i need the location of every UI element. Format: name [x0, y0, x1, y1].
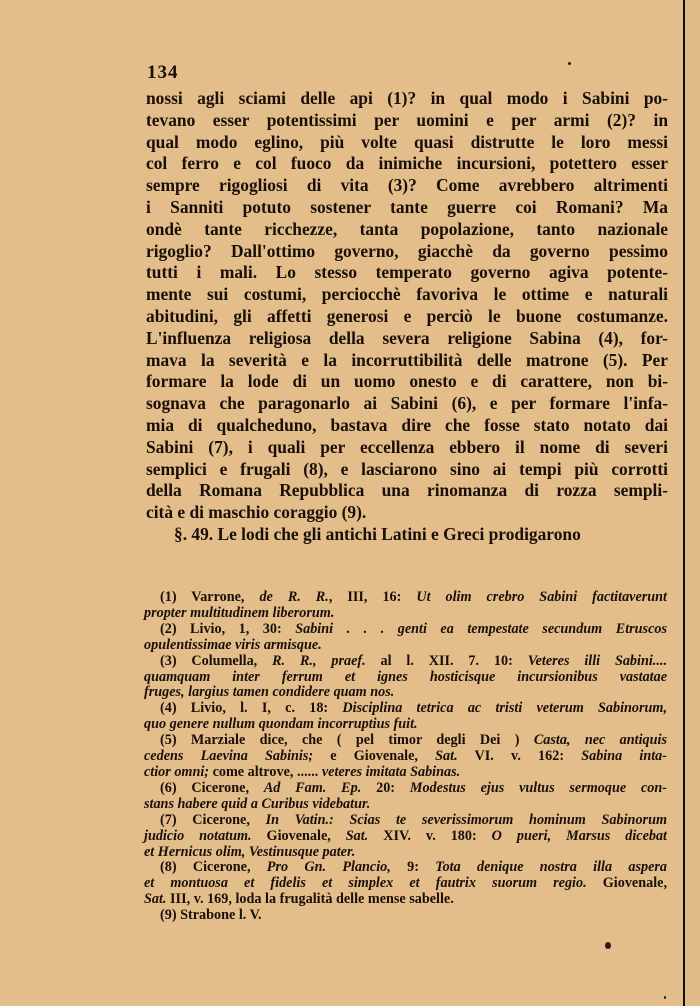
body-line: mia di qualcheduno, bastava dire che fos… [146, 415, 668, 437]
body-line: cità e di maschio coraggio (9). [146, 502, 668, 524]
body-line: semplici e frugali (8), e lasciarono sin… [146, 459, 668, 481]
footnote-6-line: stans habere quid a Curibus videbatur. [144, 797, 667, 813]
ink-speck [664, 996, 666, 999]
body-line: tevano esser potentissimi per uomini e p… [146, 110, 668, 132]
footnote-3-line: quamquam inter ferrum et ignes hosticisq… [144, 670, 667, 686]
page-number: 134 [147, 62, 179, 84]
footnote-5-line: cedens Laevina Sabinis; e Giovenale, Sat… [144, 749, 667, 765]
body-text: nossi agli sciami delle api (1)? in qual… [146, 88, 668, 546]
body-line: tutti i mali. Lo stesso temperato govern… [146, 262, 668, 284]
ink-speck [568, 62, 571, 65]
body-line: abitudini, gli affetti generosi e perciò… [146, 306, 668, 328]
footnote-7-line: judicio notatum. Giovenale, Sat. XIV. v.… [144, 829, 667, 845]
body-line: i Sanniti potuto sostener tante guerre c… [146, 197, 668, 219]
body-line: col ferro e col fuoco da inimiche incurs… [146, 153, 668, 175]
footnote-5-line: ctior omni; come altrove, ...... veteres… [144, 765, 667, 781]
body-line: mente sui costumi, perciocchè favoriva l… [146, 284, 668, 306]
footnote-5-line: (5) Marziale dice, che ( pel timor degli… [144, 733, 667, 749]
footnote-1-line: (1) Varrone, de R. R., III, 16: Ut olim … [144, 590, 667, 606]
footnote-3-line: fruges, largius tamen condidere quam nos… [144, 685, 667, 701]
body-line: formare la lode di un uomo onesto e di c… [146, 371, 668, 393]
footnote-3-line: (3) Columella, R. R., praef. al l. XII. … [144, 654, 667, 670]
footnote-4-line: (4) Livio, l. I, c. 18: Disciplina tetri… [144, 701, 667, 717]
body-line: ondè tante ricchezze, tanta popolazione,… [146, 219, 668, 241]
footnote-8-line: (8) Cicerone, Pro Gn. Plancio, 9: Tota d… [144, 860, 667, 876]
footnote-2-line: (2) Livio, 1, 30: Sabini . . . genti ea … [144, 622, 667, 638]
footnote-8-line: Sat. III, v. 169, loda la frugalità dell… [144, 892, 667, 908]
body-line: qual modo eglino, più volte quasi distru… [146, 132, 668, 154]
body-line: Sabini (7), i quali per eccellenza ebber… [146, 437, 668, 459]
body-line: della Romana Repubblica una rinomanza di… [146, 480, 668, 502]
body-line: nossi agli sciami delle api (1)? in qual… [146, 88, 668, 110]
body-line: sempre rigogliosi di vita (3)? Come avre… [146, 175, 668, 197]
page-right-margin [685, 0, 700, 1006]
footnote-4-line: quo genere nullum quondam incorruptius f… [144, 717, 667, 733]
footnote-1-line: propter multitudinem liberorum. [144, 606, 667, 622]
footnotes: (1) Varrone, de R. R., III, 16: Ut olim … [144, 590, 667, 924]
footnote-6-line: (6) Cicerone, Ad Fam. Ep. 20: Modestus e… [144, 781, 667, 797]
body-line: sognava che paragonarlo ai Sabini (6), e… [146, 393, 668, 415]
footnote-9-line: (9) Strabone l. V. [144, 908, 667, 924]
section-heading-line: §. 49. Le lodi che gli antichi Latini e … [146, 524, 668, 546]
footnote-7-line: et Hernicus olim, Vestinusque pater. [144, 845, 667, 861]
body-line: L'influenza religiosa della severa relig… [146, 328, 668, 350]
footnote-8-line: et montuosa et fidelis et simplex et fau… [144, 876, 667, 892]
footnote-7-line: (7) Cicerone, In Vatin.: Scias te severi… [144, 813, 667, 829]
footnote-2-line: opulentissimae viris armisque. [144, 638, 667, 654]
body-line: rigoglio? Dall'ottimo governo, giacchè d… [146, 241, 668, 263]
ink-speck [605, 942, 611, 949]
body-line: mava la severità e la incorruttibilità d… [146, 350, 668, 372]
